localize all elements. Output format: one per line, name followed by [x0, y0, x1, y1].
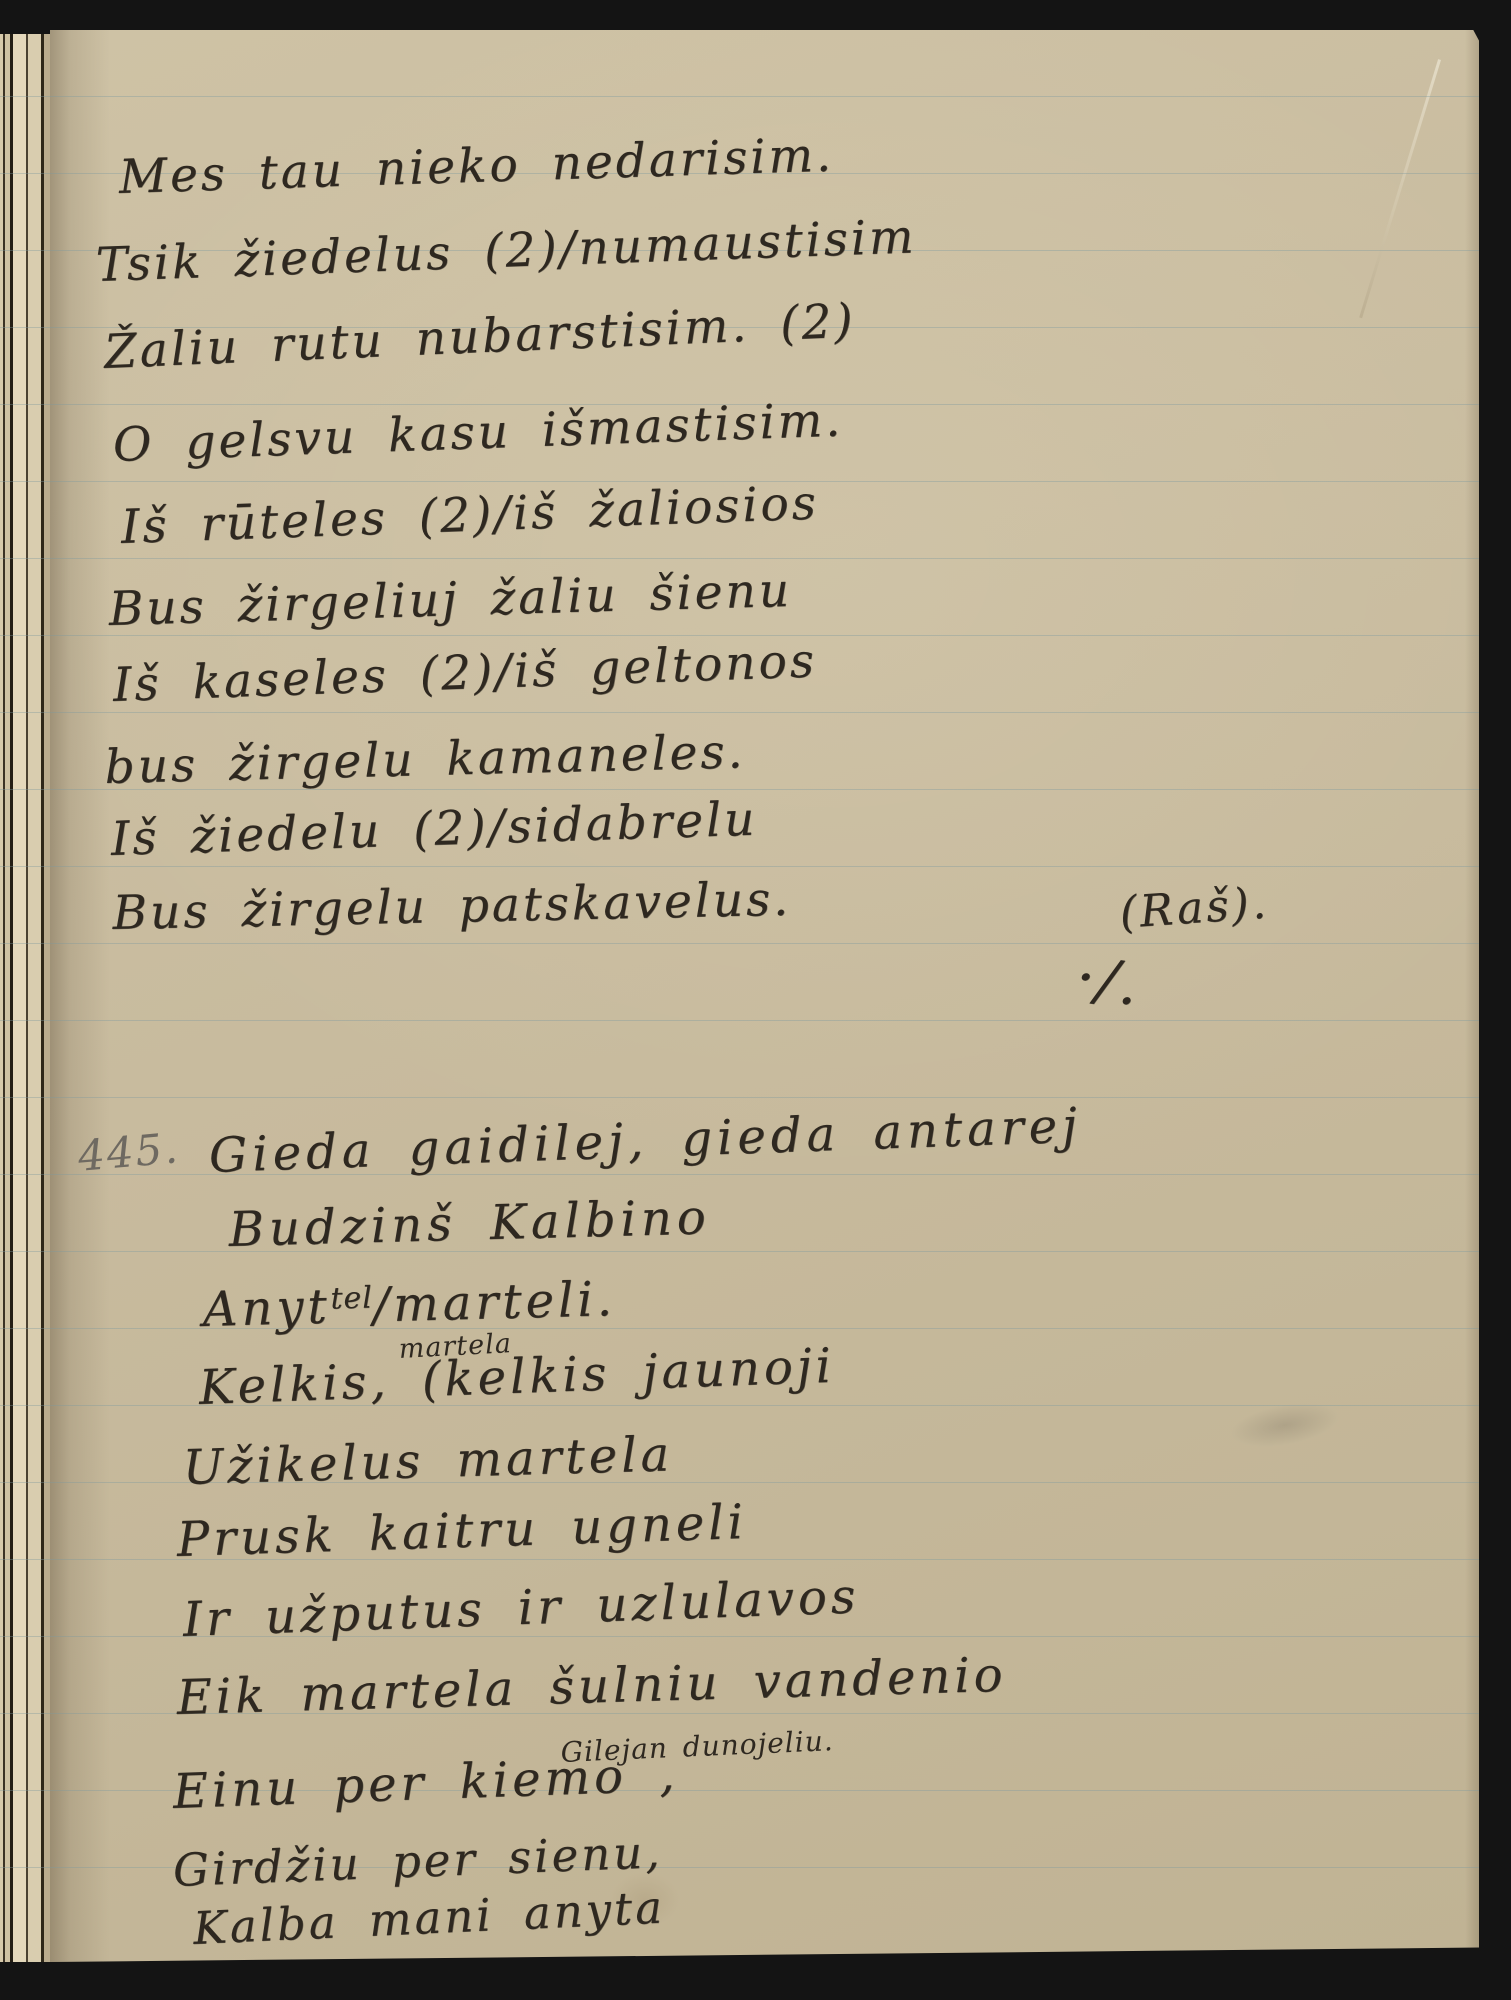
stanza1-line-2: Tsik žiedelus (2)/numaustisim: [95, 209, 917, 293]
stanza2-line-5: Užikelus martela: [182, 1426, 674, 1496]
stanza2-line-1: Gieda gaidilej, gieda antarej: [208, 1098, 1083, 1184]
word-anyt: Anyt: [202, 1279, 331, 1338]
stanza2-line-6: Prusk kaitru ugneli: [176, 1494, 748, 1568]
stanza1-line-3: Žaliu rutu nubarstisim. (2): [103, 294, 857, 380]
correction-superscript: tel: [330, 1281, 373, 1317]
side-note-ras: (Raš).: [1118, 878, 1270, 939]
stanza2-line-8: Eik martela šulniu vandenio: [176, 1647, 1007, 1726]
stanza1-line-1: Mes tau nieko nedarisim.: [118, 128, 835, 205]
stanza2-line-2: Budzinš Kalbino: [228, 1189, 711, 1258]
stanza1-line-8: bus žirgelu kamaneles.: [104, 724, 746, 795]
manuscript-scan: Mes tau nieko nedarisim. Tsik žiedelus (…: [0, 0, 1511, 2000]
stanza2-line-4: Kelkis, (kelkis jaunoji: [198, 1338, 836, 1416]
word-marteli: /marteli.: [372, 1271, 616, 1333]
verse-end-mark: ·/.: [1071, 942, 1146, 1019]
stanza1-line-6: Bus žirgeliuj žaliu šienu: [108, 563, 793, 637]
stanza2-line-3: Anyttel/marteli.: [202, 1271, 617, 1338]
stanza1-line-4: O gelsvu kasu išmastisim.: [112, 393, 844, 473]
stanza2-line-7: Ir užputus ir uzlulavos: [182, 1568, 860, 1648]
stanza1-line-5: Iš rūteles (2)/iš žaliosios: [120, 476, 820, 555]
stanza2-line-9: Einu per kiemo ,: [172, 1746, 679, 1820]
margin-number: 445.: [76, 1123, 181, 1181]
stanza1-line-9: Iš žiedelu (2)/sidabrelu: [110, 792, 758, 867]
stanza1-line-7: Iš kaseles (2)/iš geltonos: [112, 633, 818, 713]
stanza1-line-10: Bus žirgelu patskavelus.: [112, 872, 792, 941]
handwriting-layer: Mes tau nieko nedarisim. Tsik žiedelus (…: [0, 0, 1511, 2000]
